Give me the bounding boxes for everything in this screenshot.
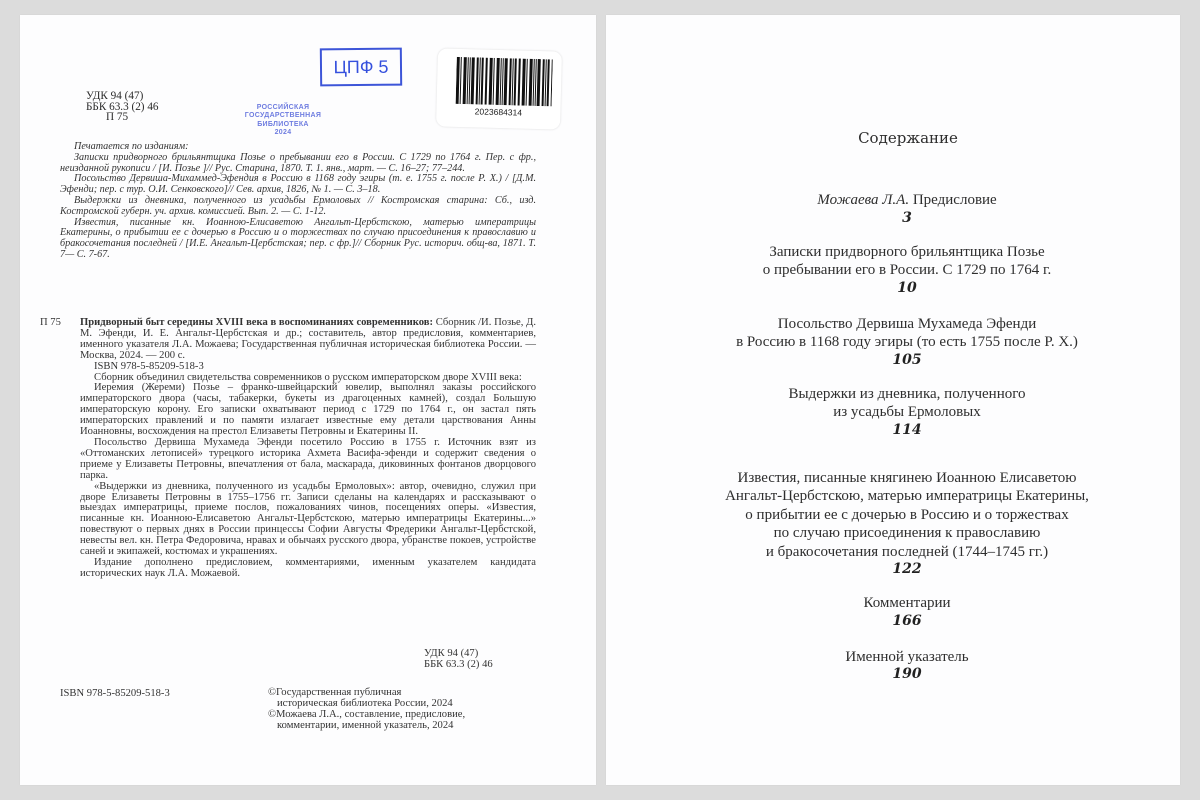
source-item: Известия, писанные кн. Иоанною-Елисавето… — [60, 218, 536, 261]
udk-code: УДК 94 (47) — [86, 91, 159, 102]
udk-classification-bottom: УДК 94 (47) ББК 63.3 (2) 46 — [424, 649, 493, 671]
toc-entry: Выдержки из дневника, полученногоиз усад… — [606, 385, 1180, 439]
catalog-code: П 75 — [40, 318, 61, 329]
toc-entry-title: Именной указатель — [634, 648, 1180, 667]
barcode-icon — [456, 57, 553, 106]
toc-entry-title: Известия, писанные княгинею Иоанною Елис… — [634, 469, 1180, 488]
toc-entry-title: Ангальт-Цербстскою, матерью императрицы … — [634, 487, 1180, 506]
table-of-contents: Можаева Л.А. Предисловие3Записки придвор… — [606, 191, 1180, 683]
toc-entry-title: о пребывании его в России. С 1729 по 176… — [634, 261, 1180, 280]
annotation-paragraph: Издание дополнено предисловием, коммента… — [80, 558, 536, 580]
toc-entry-title: Выдержки из дневника, полученного — [634, 385, 1180, 404]
stamp-line: ГОСУДАРСТВЕННАЯ — [220, 112, 346, 120]
toc-entry: Можаева Л.А. Предисловие3 — [606, 191, 1180, 227]
bbk-code: ББК 63.3 (2) 46 — [424, 660, 493, 671]
toc-entry-title: из усадьбы Ермоловых — [634, 403, 1180, 422]
isbn-bottom: ISBN 978-5-85209-518-3 — [60, 688, 170, 699]
toc-page-number: 114 — [634, 422, 1180, 439]
copyright-block: ©Государственная публичная историческая … — [268, 688, 465, 732]
toc-page-number: 105 — [634, 352, 1180, 369]
source-editions: Печатается по изданиям: Записки придворн… — [60, 142, 536, 261]
toc-entry: Посольство Дервиша Мухамеда Эфендив Росс… — [606, 315, 1180, 369]
book-title: Придворный быт середины XVIII века в вос… — [80, 317, 433, 328]
toc-entry: Именной указатель190 — [606, 648, 1180, 684]
contents-title: Содержание — [606, 129, 1180, 147]
author-mark: П 75 — [86, 112, 159, 123]
left-page-imprint: УДК 94 (47) ББК 63.3 (2) 46 П 75 ЦПФ 5 Р… — [20, 15, 596, 785]
copyright-line: комментарии, именной указатель, 2024 — [268, 721, 465, 732]
toc-page-number: 166 — [634, 613, 1180, 630]
library-stamp: РОССИЙСКАЯ ГОСУДАРСТВЕННАЯ БИБЛИОТЕКА 20… — [220, 104, 346, 138]
toc-entry-title: Можаева Л.А. Предисловие — [634, 191, 1180, 210]
catalog-record: П 75 Придворный быт середины XVIII века … — [40, 318, 536, 580]
toc-page-number: 3 — [634, 210, 1180, 227]
toc-page-number: 10 — [634, 280, 1180, 297]
toc-page-number: 122 — [634, 561, 1180, 578]
catalog-isbn: ISBN 978-5-85209-518-3 — [80, 362, 536, 373]
toc-entry-title: в Россию в 1168 году эгиры (то есть 1755… — [634, 333, 1180, 352]
udk-classification-top: УДК 94 (47) ББК 63.3 (2) 46 П 75 — [86, 91, 159, 123]
toc-entry: Известия, писанные княгинею Иоанною Елис… — [606, 469, 1180, 579]
toc-entry-title: о прибытии ее с дочерью в Россию и о тор… — [634, 506, 1180, 525]
toc-entry-title: Записки придворного брильянтщика Позье — [634, 243, 1180, 262]
annotation-paragraph: Посольство Дервиша Мухамеда Эфенди посет… — [80, 438, 536, 482]
annotation-paragraph: Иеремия (Жереми) Позье – франко-швейцарс… — [80, 383, 536, 438]
barcode-sticker: 2023684314 — [436, 48, 562, 129]
barcode-number: 2023684314 — [436, 105, 560, 118]
toc-entry-title: по случаю присоединения к православию — [634, 524, 1180, 543]
toc-entry-author: Можаева Л.А. — [817, 192, 909, 208]
toc-entry: Записки придворного брильянтщика Позьео … — [606, 243, 1180, 297]
source-item: Выдержки из дневника, полученного из уса… — [60, 196, 536, 218]
right-page-contents: Содержание Можаева Л.А. Предисловие3Запи… — [606, 15, 1180, 785]
stamp-line: БИБЛИОТЕКА — [220, 121, 346, 129]
toc-page-number: 190 — [634, 666, 1180, 683]
toc-entry-title: Комментарии — [634, 594, 1180, 613]
toc-entry-title: и бракосочетания последней (1744–1745 гг… — [634, 543, 1180, 562]
cpf-stamp: ЦПФ 5 — [320, 48, 402, 87]
toc-entry-title: Посольство Дервиша Мухамеда Эфенди — [634, 315, 1180, 334]
stamp-line: РОССИЙСКАЯ — [220, 104, 346, 112]
toc-entry: Комментарии166 — [606, 594, 1180, 630]
annotation-paragraph: «Выдержки из дневника, полученного из ус… — [80, 482, 536, 558]
source-item: Посольство Дервиша-Михаммед-Эфендия в Ро… — [60, 174, 536, 196]
source-item: Записки придворного брильянтщика Позье о… — [60, 153, 536, 175]
stamp-line: 2024 — [220, 129, 346, 137]
